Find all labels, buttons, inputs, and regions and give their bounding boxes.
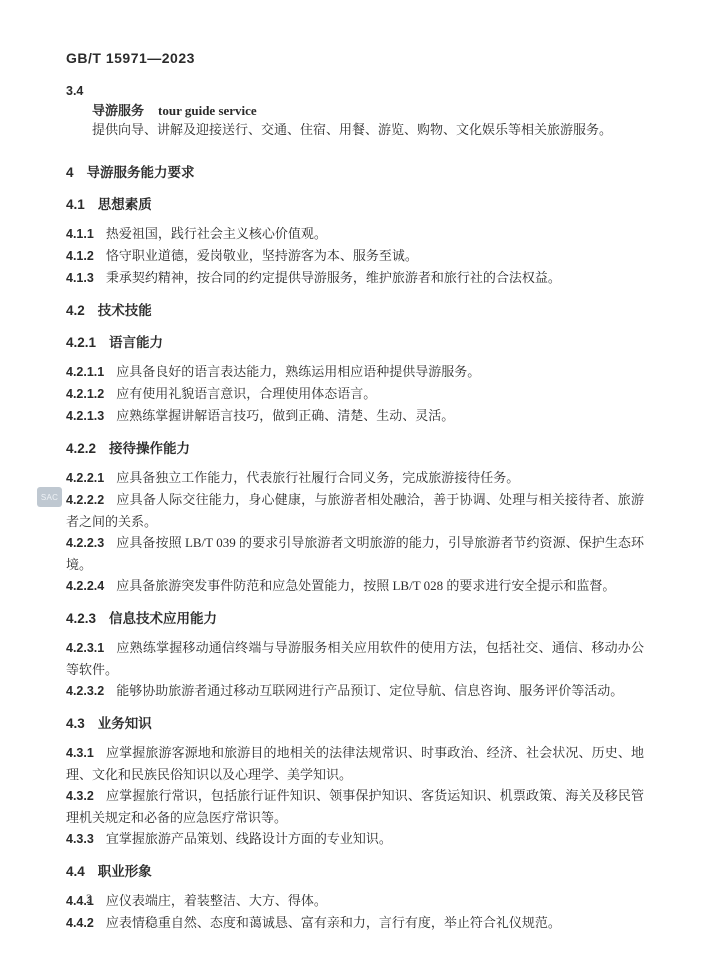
subsection-heading-4-2-1: 4.2.1语言能力 [66,333,644,353]
clause-number: 4.2.1.3 [66,409,104,423]
document-page: SAC GB/T 15971—2023 3.4 导游服务tour guide s… [0,0,708,956]
clause-number: 4.1.2 [66,249,94,263]
clause-number: 4.3.1 [66,746,94,760]
clause-number: 4.2.3.1 [66,641,104,655]
clause-4-2-2-3: 4.2.2.3应具备按照 LB/T 039 的要求引导旅游者文明旅游的能力，引导… [66,532,644,575]
section-heading-4-4: 4.4职业形象 [66,862,644,882]
clause-text: 恪守职业道德，爱岗敬业，坚持游客为本、服务至诚。 [106,248,418,263]
clause-number: 4.1.1 [66,227,94,241]
clause-text: 宜掌握旅游产品策划、线路设计方面的专业知识。 [106,831,392,846]
doc-code: GB/T 15971—2023 [66,50,644,66]
clause-number: 4.2.3.2 [66,684,104,698]
subsection-title: 信息技术应用能力 [109,611,217,626]
section-title: 思想素质 [98,197,152,212]
clause-text: 应具备人际交往能力，身心健康，与旅游者相处融洽，善于协调、处理与相关接待者、旅游… [66,492,644,529]
section-number: 4.1 [66,197,85,212]
subsection-title: 语言能力 [109,335,163,350]
term-title: 导游服务tour guide service [66,101,644,120]
clause-number: 4.2.2.4 [66,579,104,593]
section-title: 技术技能 [98,303,152,318]
term-title-zh: 导游服务 [92,103,144,118]
page-content: GB/T 15971—2023 3.4 导游服务tour guide servi… [66,50,644,934]
clause-4-2-3-2: 4.2.3.2能够协助旅游者通过移动互联网进行产品预订、定位导航、信息咨询、服务… [66,680,644,702]
clause-4-2-1-2: 4.2.1.2应有使用礼貌语言意识，合理使用体态语言。 [66,383,644,405]
section-heading-4-1: 4.1思想素质 [66,195,644,215]
clause-text: 应具备独立工作能力，代表旅行社履行合同义务，完成旅游接待任务。 [116,470,519,485]
clause-4-2-2-4: 4.2.2.4应具备旅游突发事件防范和应急处置能力，按照 LB/T 028 的要… [66,575,644,597]
clause-number: 4.2.1.1 [66,365,104,379]
clause-text: 应仪表端庄，着装整洁、大方、得体。 [106,893,327,908]
clause-4-2-3-1: 4.2.3.1应熟练掌握移动通信终端与导游服务相关应用软件的使用方法，包括社交、… [66,637,644,680]
clause-4-2-1-3: 4.2.1.3应熟练掌握讲解语言技巧，做到正确、清楚、生动、灵活。 [66,405,644,427]
term-definition: 提供向导、讲解及迎接送行、交通、住宿、用餐、游览、购物、文化娱乐等相关旅游服务。 [66,120,644,139]
subsection-number: 4.2.1 [66,335,96,350]
subsection-title: 接待操作能力 [109,441,190,456]
clause-number: 4.2.2.1 [66,471,104,485]
clause-4-3-1: 4.3.1应掌握旅游客源地和旅游目的地相关的法律法规常识、时事政治、经济、社会状… [66,742,644,785]
clause-number: 4.3.2 [66,789,94,803]
subsection-number: 4.2.3 [66,611,96,626]
term-number: 3.4 [66,82,644,101]
clause-text: 应有使用礼貌语言意识，合理使用体态语言。 [116,386,376,401]
clause-number: 4.1.3 [66,271,94,285]
clause-text: 应熟练掌握移动通信终端与导游服务相关应用软件的使用方法，包括社交、通信、移动办公… [66,640,644,677]
clause-text: 应熟练掌握讲解语言技巧，做到正确、清楚、生动、灵活。 [116,408,454,423]
chapter-heading: 4导游服务能力要求 [66,163,644,183]
section-title: 职业形象 [98,864,152,879]
clause-text: 能够协助旅游者通过移动互联网进行产品预订、定位导航、信息咨询、服务评价等活动。 [116,683,623,698]
clause-4-2-2-1: 4.2.2.1应具备独立工作能力，代表旅行社履行合同义务，完成旅游接待任务。 [66,467,644,489]
clause-4-1-3: 4.1.3秉承契约精神，按合同的约定提供导游服务，维护旅游者和旅行社的合法权益。 [66,267,644,289]
term-title-en: tour guide service [158,103,257,118]
clause-number: 4.4.2 [66,916,94,930]
subsection-heading-4-2-2: 4.2.2接待操作能力 [66,439,644,459]
section-number: 4.2 [66,303,85,318]
clause-text: 应具备旅游突发事件防范和应急处置能力，按照 LB/T 028 的要求进行安全提示… [116,578,615,593]
section-number: 4.4 [66,864,85,879]
clause-text: 应掌握旅行常识，包括旅行证件知识、领事保护知识、客货运知识、机票政策、海关及移民… [66,788,644,825]
section-title: 业务知识 [98,716,152,731]
section-heading-4-3: 4.3业务知识 [66,714,644,734]
clause-4-1-2: 4.1.2恪守职业道德，爱岗敬业，坚持游客为本、服务至诚。 [66,245,644,267]
clause-4-4-2: 4.4.2应表情稳重自然、态度和蔼诚恳、富有亲和力，言行有度，举止符合礼仪规范。 [66,912,644,934]
clause-number: 4.3.3 [66,832,94,846]
watermark-badge: SAC [37,487,62,507]
clause-4-4-1: 4.4.1应仪表端庄，着装整洁、大方、得体。 [66,890,644,912]
chapter-title: 导游服务能力要求 [87,165,195,180]
chapter-number: 4 [66,165,74,180]
clause-text: 应具备良好的语言表达能力，熟练运用相应语种提供导游服务。 [116,364,480,379]
clause-text: 应具备按照 LB/T 039 的要求引导旅游者文明旅游的能力，引导旅游者节约资源… [66,535,644,572]
clause-text: 热爱祖国，践行社会主义核心价值观。 [106,226,327,241]
subsection-heading-4-2-3: 4.2.3信息技术应用能力 [66,609,644,629]
clause-4-3-2: 4.3.2应掌握旅行常识，包括旅行证件知识、领事保护知识、客货运知识、机票政策、… [66,785,644,828]
clause-4-2-2-2: 4.2.2.2应具备人际交往能力，身心健康，与旅游者相处融洽，善于协调、处理与相… [66,489,644,532]
clause-number: 4.2.1.2 [66,387,104,401]
clause-text: 应表情稳重自然、态度和蔼诚恳、富有亲和力，言行有度，举止符合礼仪规范。 [106,915,561,930]
clause-4-1-1: 4.1.1热爱祖国，践行社会主义核心价值观。 [66,223,644,245]
section-heading-4-2: 4.2技术技能 [66,301,644,321]
page-number: 2 [86,892,92,907]
subsection-number: 4.2.2 [66,441,96,456]
clause-text: 应掌握旅游客源地和旅游目的地相关的法律法规常识、时事政治、经济、社会状况、历史、… [66,745,644,782]
section-number: 4.3 [66,716,85,731]
clause-number: 4.2.2.3 [66,536,104,550]
clause-text: 秉承契约精神，按合同的约定提供导游服务，维护旅游者和旅行社的合法权益。 [106,270,561,285]
clause-4-2-1-1: 4.2.1.1应具备良好的语言表达能力，熟练运用相应语种提供导游服务。 [66,361,644,383]
term-block: 3.4 导游服务tour guide service 提供向导、讲解及迎接送行、… [66,82,644,139]
clause-number: 4.2.2.2 [66,493,104,507]
clause-4-3-3: 4.3.3宜掌握旅游产品策划、线路设计方面的专业知识。 [66,828,644,850]
